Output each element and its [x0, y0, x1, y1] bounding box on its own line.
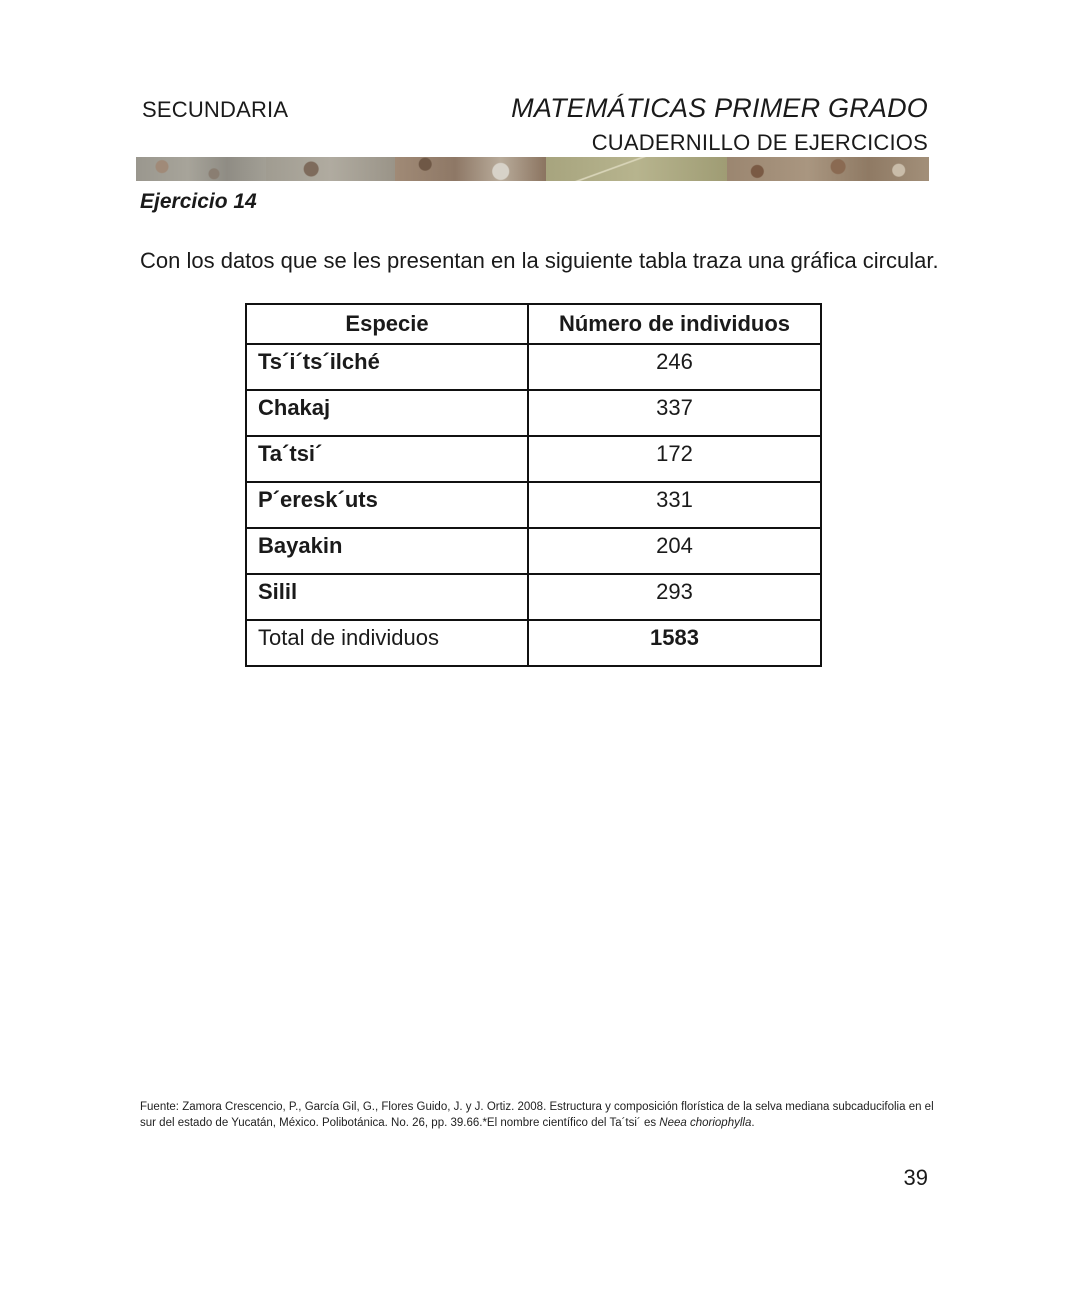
species-name: Silil [246, 574, 528, 620]
species-name: Chakaj [246, 390, 528, 436]
column-header-species: Especie [246, 304, 528, 344]
footnote-end: . [751, 1117, 754, 1129]
table-row: Silil 293 [246, 574, 821, 620]
table-row: P´eresk´uts 331 [246, 482, 821, 528]
decorative-stone-banner [136, 157, 929, 181]
table-row: Chakaj 337 [246, 390, 821, 436]
species-count: 337 [528, 390, 821, 436]
table-row: Ta´tsi´ 172 [246, 436, 821, 482]
species-count: 293 [528, 574, 821, 620]
header-level: SECUNDARIA [142, 97, 288, 123]
banner-segment [546, 157, 727, 181]
species-name: Bayakin [246, 528, 528, 574]
exercise-instruction: Con los datos que se les presentan en la… [140, 248, 939, 274]
page-number: 39 [904, 1165, 928, 1191]
species-count: 204 [528, 528, 821, 574]
source-footnote: Fuente: Zamora Crescencio, P., García Gi… [140, 1099, 940, 1131]
total-value: 1583 [528, 620, 821, 666]
total-label: Total de individuos [246, 620, 528, 666]
banner-segment [136, 157, 266, 181]
species-table: Especie Número de individuos Ts´i´ts´ilc… [245, 303, 822, 667]
species-count: 331 [528, 482, 821, 528]
book-subtitle: CUADERNILLO DE EJERCICIOS [592, 130, 928, 156]
banner-segment [266, 157, 395, 181]
table-header-row: Especie Número de individuos [246, 304, 821, 344]
book-title: MATEMÁTICAS PRIMER GRADO [511, 93, 928, 124]
species-name: Ta´tsi´ [246, 436, 528, 482]
footnote-text: Fuente: Zamora Crescencio, P., García Gi… [140, 1101, 934, 1129]
table-total-row: Total de individuos 1583 [246, 620, 821, 666]
species-name: P´eresk´uts [246, 482, 528, 528]
banner-segment [727, 157, 929, 181]
species-count: 246 [528, 344, 821, 390]
species-name: Ts´i´ts´ilché [246, 344, 528, 390]
species-count: 172 [528, 436, 821, 482]
exercise-title: Ejercicio 14 [140, 190, 257, 214]
table-row: Bayakin 204 [246, 528, 821, 574]
banner-segment [395, 157, 546, 181]
table-row: Ts´i´ts´ilché 246 [246, 344, 821, 390]
scientific-name: Neea choriophylla [659, 1117, 751, 1129]
column-header-count: Número de individuos [528, 304, 821, 344]
